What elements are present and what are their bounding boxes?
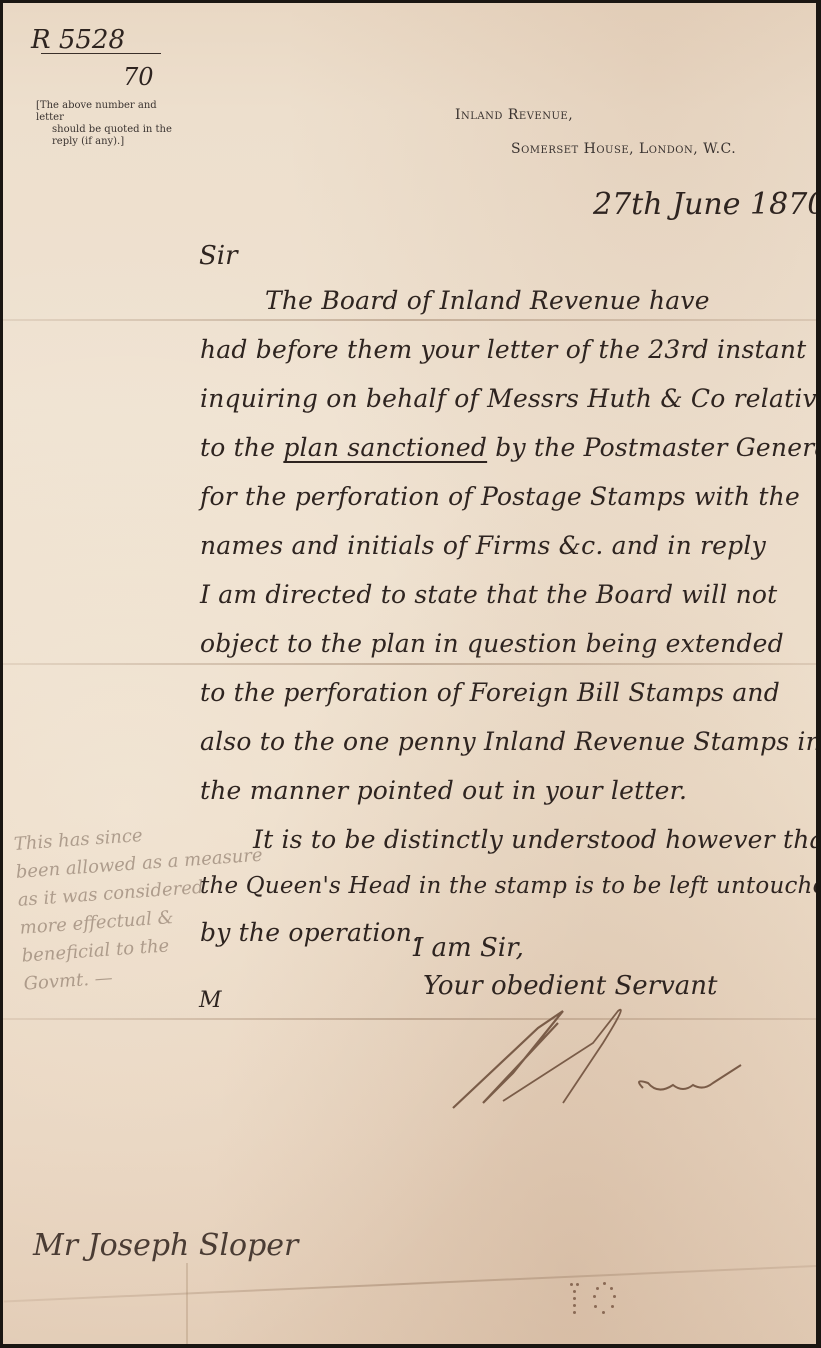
body-line: had before them your letter of the 23rd … [200,335,806,364]
reference-note: [The above number and letter should be q… [36,100,186,148]
reference-sub-number: 70 [123,63,154,91]
fold-crease [3,663,816,665]
body-line: also to the one penny Inland Revenue Sta… [200,727,816,756]
perforation-holes [563,1281,623,1321]
fold-crease [186,1263,188,1344]
reference-number: R 5528 [31,25,125,55]
body-line: inquiring on behalf of Messrs Huth & Co … [200,384,816,413]
fold-crease [4,1265,816,1302]
reference-note-line: should be quoted in the [36,124,186,136]
letter-date: 27th June 1870 [593,187,816,222]
underlined-phrase: plan sanctioned [283,433,487,462]
body-line: The Board of Inland Revenue have [265,286,710,315]
addressee: Mr Joseph Sloper [33,1228,298,1263]
body-line: I am directed to state that the Board wi… [200,580,777,609]
body-line: object to the plan in question being ext… [200,629,784,658]
body-line-underlined: to the plan sanctioned by the Postmaster… [200,433,816,462]
reference-note-line: reply (if any).] [36,136,186,148]
body-line: the manner pointed out in your letter. [200,776,687,805]
letter-paper: R 5528 70 [The above number and letter s… [3,3,816,1344]
letterhead-department: Inland Revenue, [455,107,573,123]
closing-line: Your obedient Servant [423,971,718,1001]
body-line: to the perforation of Foreign Bill Stamp… [200,678,780,707]
fold-crease [3,319,816,321]
body-line: the Queen's Head in the stamp is to be l… [200,873,816,899]
body-line: for the perforation of Postage Stamps wi… [200,482,800,511]
letterhead-address: Somerset House, London, W.C. [511,141,736,157]
signature-flourish [443,1003,743,1113]
closing-line: I am Sir, [413,933,524,963]
margin-initial-mark: M [199,988,222,1013]
body-line: names and initials of Firms &c. and in r… [200,531,766,560]
margin-pencil-note: This has since been allowed as a measure… [13,814,271,999]
reference-note-line: [The above number and letter [36,100,186,124]
reference-underline [41,53,161,54]
salutation: Sir [199,241,238,271]
body-line: It is to be distinctly understood howeve… [253,825,816,854]
